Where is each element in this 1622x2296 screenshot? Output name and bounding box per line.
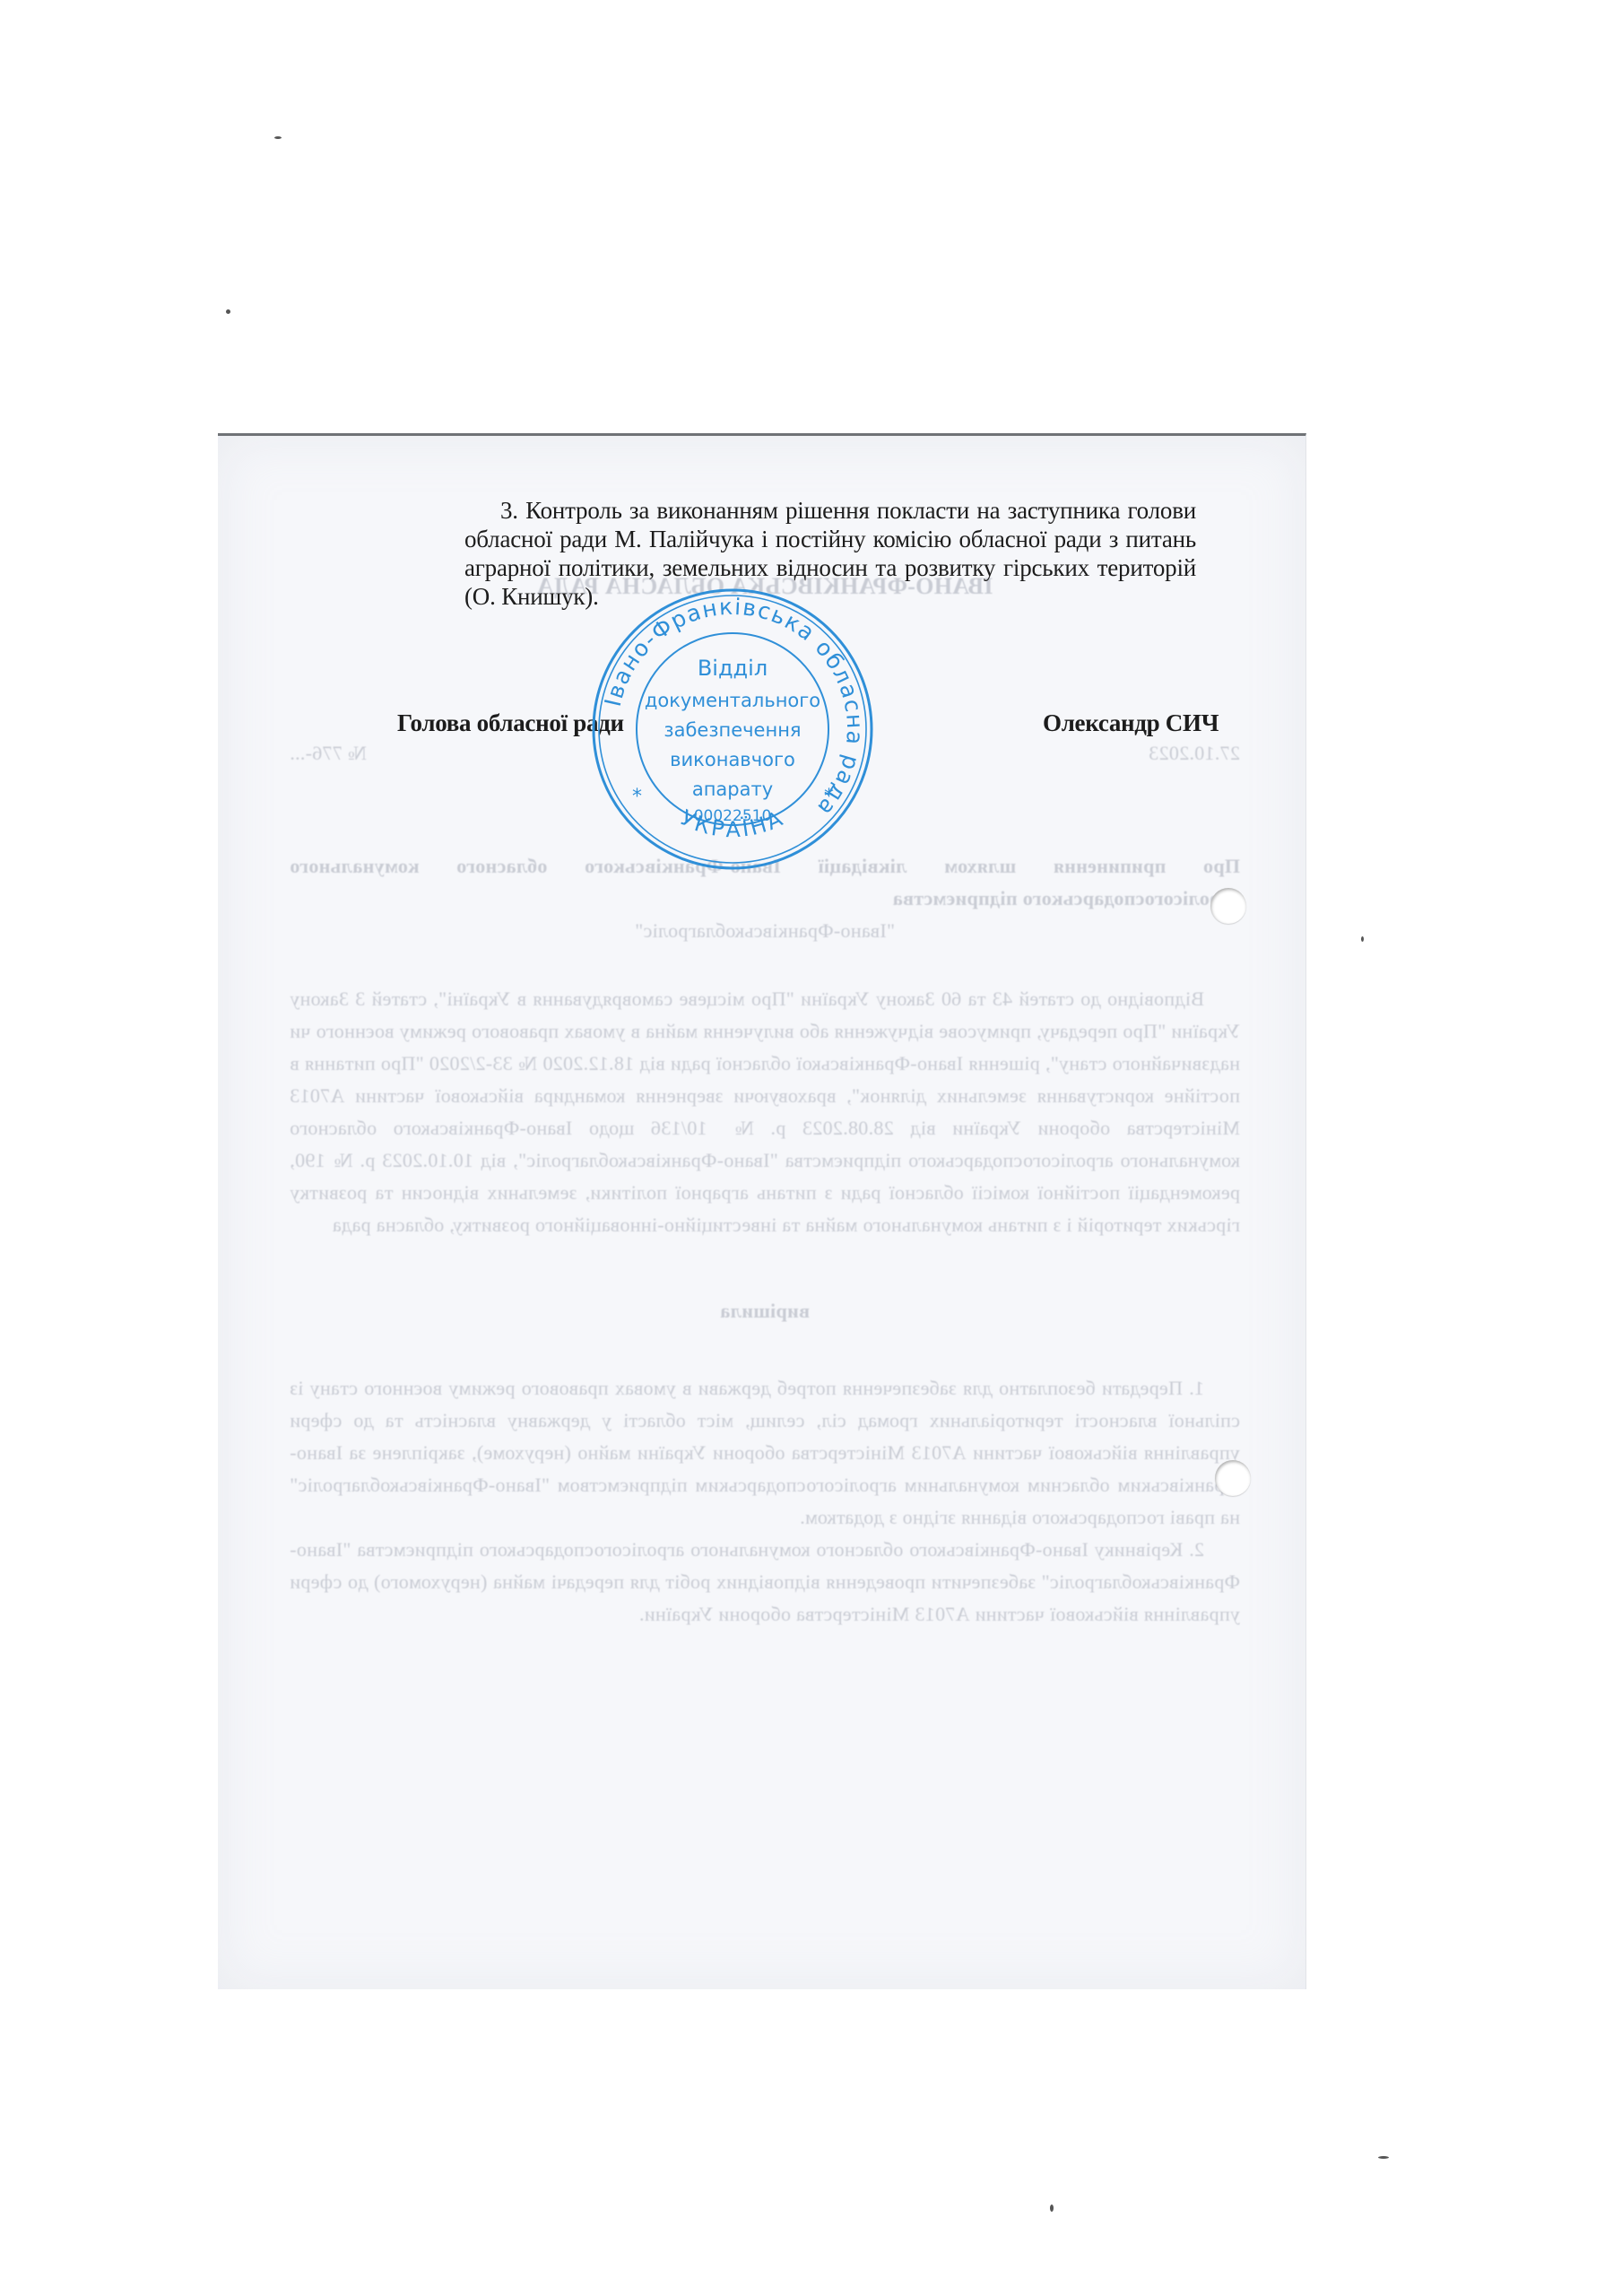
scan-speck: [226, 309, 230, 314]
ghost-date: 27.10.2023: [1149, 737, 1240, 770]
scan-speck: [1361, 936, 1364, 942]
scan-speck: [1050, 2205, 1054, 2212]
signature-name: Олександр СИЧ: [1043, 709, 1219, 737]
official-stamp: Івано-Франківська обласна рада УКРАЇНА *…: [589, 586, 876, 873]
scan-speck: [1378, 2156, 1389, 2159]
ghost-heading: вирішила: [290, 1295, 1240, 1327]
svg-text:00022510: 00022510: [694, 807, 772, 825]
svg-text:Відділ: Відділ: [698, 656, 768, 681]
hole-punch: [1215, 1460, 1251, 1496]
scan-speck: [274, 136, 282, 139]
svg-text:апарату: апарату: [692, 778, 773, 800]
svg-text:забезпечення: забезпечення: [664, 719, 801, 741]
svg-text:виконавчого: виконавчого: [670, 749, 795, 770]
svg-text:*: *: [824, 786, 834, 808]
ghost-number: № 776-...: [290, 737, 367, 770]
svg-text:документального: документального: [645, 690, 820, 711]
hole-punch: [1210, 888, 1246, 924]
ghost-item-1: 1. Передати безоплатно для забезпечення …: [290, 1372, 1240, 1534]
ghost-title-2: "Івано-Франківськоблагроліс": [290, 915, 1240, 947]
ghost-item-2: 2. Керівнику Івано-Франківського обласно…: [290, 1534, 1240, 1631]
ghost-preamble: Відповідно до статей 43 та 60 Закону Укр…: [290, 983, 1240, 1241]
scanned-page: ІВАНО-ФРАНКІВСЬКА ОБЛАСНА РАДА 27.10.202…: [218, 433, 1306, 1989]
svg-text:*: *: [632, 786, 642, 808]
